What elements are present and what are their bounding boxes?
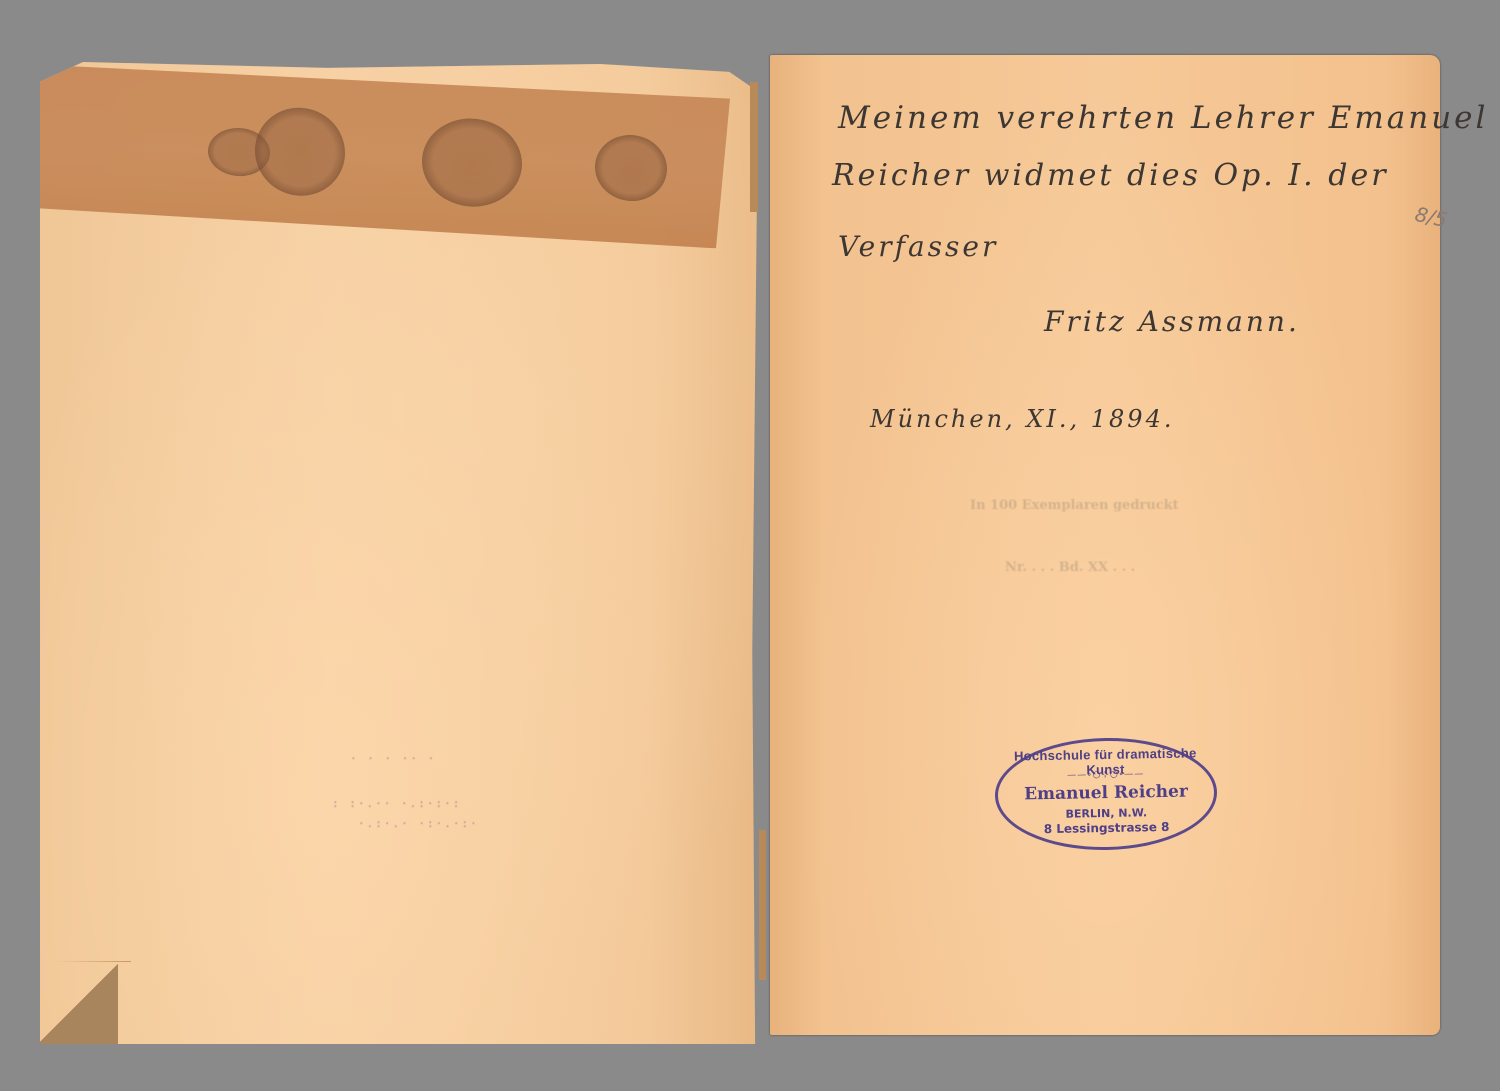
dedication-line-1: Meinem verehrten Lehrer Emanuel [838, 100, 1488, 136]
right-page: Meinem verehrten Lehrer Emanuel Reicher … [770, 55, 1440, 1035]
glue-stain [595, 134, 667, 202]
left-page: · · · ·· · : :·.·· ·.:·:·: ·.:·.· ·:·.·:… [40, 62, 758, 1044]
stamp-name: Emanuel Reicher [998, 781, 1214, 805]
place-date: München, XI., 1894. [870, 405, 1174, 433]
folded-corner-shadow [40, 962, 118, 1044]
dedication-line-3: Verfasser [838, 230, 998, 263]
pencil-note: 8/5 [1413, 202, 1449, 232]
glue-stain [255, 107, 345, 198]
dedication-line-2: Reicher widmet dies Op. I. der [832, 158, 1389, 193]
signature: Fritz Assmann. [1044, 305, 1300, 338]
adhesive-tape-strip [30, 64, 730, 249]
faint-print-line: Nr. . . . Bd. XX . . . [1005, 560, 1135, 575]
torn-spine-strip [750, 82, 758, 212]
bleed-through-text: ·.:·.· ·:·.·:· [358, 817, 479, 830]
faint-print-line: In 100 Exemplaren gedruckt [970, 498, 1179, 513]
glue-stain [422, 117, 522, 208]
torn-spine-strip [759, 830, 766, 980]
bleed-through-text: : :·.·· ·.:·:·: [332, 797, 461, 810]
bleed-through-text: · · · ·· · [350, 752, 436, 765]
